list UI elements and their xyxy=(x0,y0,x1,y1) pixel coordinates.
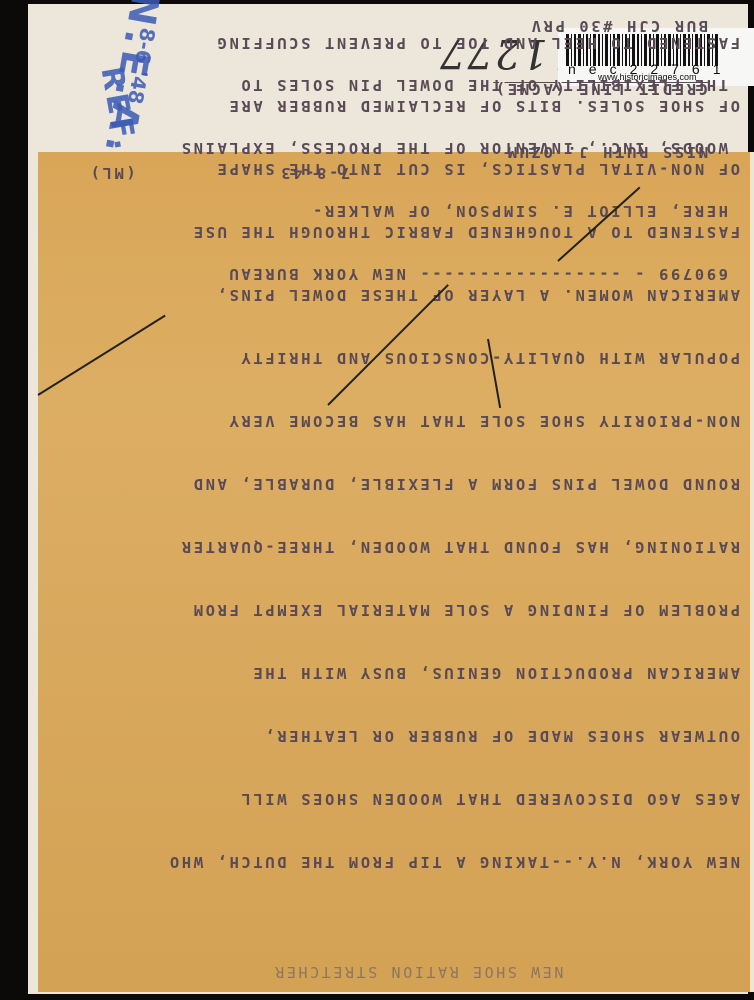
caption-line: ROUND DOWEL PINS FORM A FLEXIBLE, DURABL… xyxy=(60,473,740,494)
caption-line: NEW YORK, N.Y.--TAKING A TIP FROM THE DU… xyxy=(60,851,740,872)
photo-back: N.E.A. 8-6 '48 REF. DEPT. 11277 nec22761… xyxy=(28,4,748,994)
caption-line: PROBLEM OF FINDING A SOLE MATERIAL EXEMP… xyxy=(60,599,740,620)
caption-line: AMERICAN PRODUCTION GENIUS, BUSY WITH TH… xyxy=(60,662,740,683)
caption-line: OF NON-VITAL PLASTICS, IS CUT INTO THE S… xyxy=(60,158,740,179)
caption-body: NEW YORK, N.Y.--TAKING A TIP FROM THE DU… xyxy=(60,374,740,914)
caption-line: AGES AGO DISCOVERED THAT WOODEN SHOES WI… xyxy=(60,788,740,809)
slip-edge xyxy=(750,152,754,992)
caption-headline: NEW SHOE RATION STRETCHER xyxy=(218,960,618,982)
caption-line: AMERICAN WOMEN. A LAYER OF THESE DOWEL P… xyxy=(60,284,740,305)
caption-line: NON-PRIORITY SHOE SOLE THAT HAS BECOME V… xyxy=(60,410,740,431)
caption-line: POPULAR WITH QUALITY-CONSCIOUS AND THRIF… xyxy=(60,347,740,368)
caption-line: RATIONING, HAS FOUND THAT WOODEN, THREE-… xyxy=(60,536,740,557)
caption-slip: MISS RUTH J. OZUM CREDIT LINE (ACME) BUR… xyxy=(38,152,754,992)
caption-line: OF SHOE SOLES. BITS OF RECLAIMED RUBBER … xyxy=(60,95,740,116)
caption-line: FASTENED TO A TOUGHENED FABRIC THROUGH T… xyxy=(60,221,740,242)
caption-line: FASTENED TO HEEL AND TOE TO PREVENT SCUF… xyxy=(60,32,740,53)
caption-line: OUTWEAR SHOES MADE OF RUBBER OR LEATHER, xyxy=(60,725,740,746)
